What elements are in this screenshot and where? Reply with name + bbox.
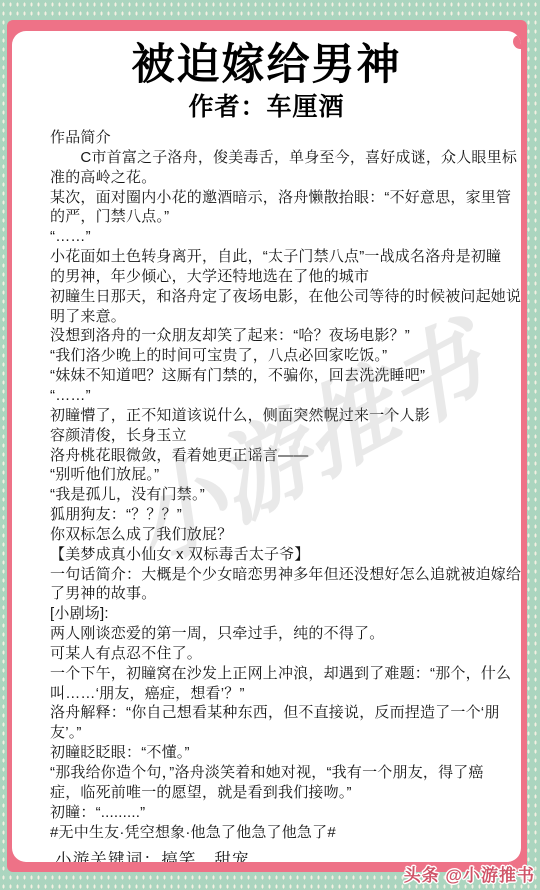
- body-line: “那我给你造个句，”洛舟淡笑着和她对视，“我有一个朋友，得了癌: [50, 763, 515, 783]
- body-line: 明了来意。: [50, 307, 515, 327]
- body-line: 了男神的故事。: [50, 584, 515, 604]
- author-line: 作者：车厘酒: [12, 92, 521, 122]
- body-line: C市首富之子洛舟，俊美毒舌，单身至今，喜好成谜，众人眼里标: [50, 148, 515, 168]
- body-line: 某次，面对圈内小花的邀酒暗示，洛舟懒散抬眼：“不好意思，家里管: [50, 188, 515, 208]
- body-line: #无中生友·凭空想象·他急了他急了他急了#: [50, 823, 515, 843]
- body-line: 容颜清俊，长身玉立: [50, 426, 515, 446]
- body-line: 初瞳生日那天，和洛舟定了夜场电影，在他公司等待的时候被问起她说: [50, 287, 515, 307]
- body-line: “别听他们放屁。”: [50, 465, 515, 485]
- body-line: “……”: [50, 227, 515, 247]
- body-line: [小剧场]:: [50, 604, 515, 624]
- body-line: 小花面如土色转身离开，自此，“太子门禁八点”一战成名洛舟是初瞳: [50, 247, 515, 267]
- body-line: 可某人有点忍不住了。: [50, 644, 515, 664]
- body-line: 没想到洛舟的一众朋友却笑了起来：“哈？夜场电影？”: [50, 326, 515, 346]
- body-line: 初瞳懵了，正不知道该说什么，侧面突然幌过来一个人影: [50, 406, 515, 426]
- body-line: 洛舟桃花眼微敛，看着她更正谣言——: [50, 446, 515, 466]
- body-line: 准的高岭之花。: [50, 168, 515, 188]
- body-line: 狐朋狗友：“？？？”: [50, 505, 515, 525]
- body-line: “妹妹不知道吧？这厮有门禁的，不骗你，回去洗洗睡吧”: [50, 366, 515, 386]
- body-line: 洛舟解释：“你自己想看某种东西，但不直接说，反而捏造了一个‘朋: [50, 703, 515, 723]
- body-line: 初瞳眨眨眼：“不懂。”: [50, 743, 515, 763]
- body-line: 一句话简介：大概是个少女暗恋男神多年但还没想好怎么追就被迫嫁给: [50, 565, 515, 585]
- body-line: 一个下午，初瞳窝在沙发上正网上冲浪，却遇到了难题：“那个，什么: [50, 664, 515, 684]
- body-line: “我是孤儿，没有门禁。”: [50, 485, 515, 505]
- body-line: 症，临死前唯一的愿望，就是看到我们接吻。”: [50, 783, 515, 803]
- body-line: 的严，门禁八点。”: [50, 207, 515, 227]
- body-line: 【美梦成真小仙女 x 双标毒舌太子爷】: [50, 545, 515, 565]
- keywords-line: 小游关键词：搞笑，甜宠: [12, 846, 521, 862]
- body-line: 你双标怎么成了我们放屁？: [50, 525, 515, 545]
- body-line: 友’。”: [50, 723, 515, 743]
- body-line: 叫……‘朋友，癌症，想看’？”: [50, 684, 515, 704]
- body-line: “我们洛少晚上的时间可宝贵了，八点必回家吃饭。”: [50, 346, 515, 366]
- book-title: 被迫嫁给男神: [12, 39, 521, 91]
- body-line: 的男神，年少倾心，大学还特地选在了他的城市: [50, 267, 515, 287]
- body-line: 作品简介: [50, 128, 515, 148]
- toutiao-account-badge: 头条 @小游推书: [404, 861, 535, 886]
- paper-card: 被迫嫁给男神 作者：车厘酒 作品简介 C市首富之子洛舟，俊美毒舌，单身至今，喜好…: [12, 31, 521, 862]
- body-line: “……”: [50, 386, 515, 406]
- body-line: 两人刚谈恋爱的第一周，只牵过手，纯的不得了。: [50, 624, 515, 644]
- synopsis-text: 作品简介 C市首富之子洛舟，俊美毒舌，单身至今，喜好成谜，众人眼里标准的高岭之花…: [12, 128, 521, 842]
- body-line: 初瞳：“.........”: [50, 803, 515, 823]
